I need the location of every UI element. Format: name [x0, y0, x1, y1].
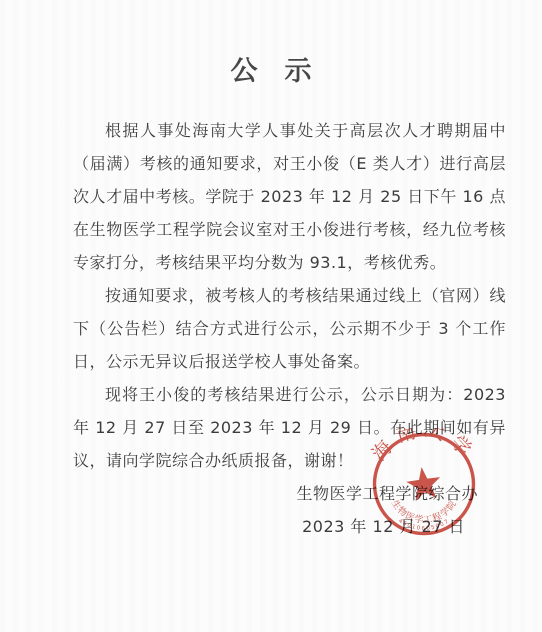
- announcement-page: 公 示 根据人事处海南大学人事处关于高层次人才聘期届中（届满）考核的通知要求，对…: [0, 0, 542, 632]
- body-paragraph: 根据人事处海南大学人事处关于高层次人才聘期届中（届满）考核的通知要求，对王小俊（…: [73, 114, 506, 279]
- announcement-body: 根据人事处海南大学人事处关于高层次人才聘期届中（届满）考核的通知要求，对王小俊（…: [0, 90, 542, 477]
- official-seal: 海南大学 生物医学工程学院 46010605007: [368, 428, 480, 540]
- page-title: 公 示: [0, 0, 542, 90]
- body-paragraph: 按通知要求，被考核人的考核结果通过线上（官网）线下（公告栏）结合方式进行公示，公…: [73, 279, 506, 378]
- seal-star-icon: [405, 465, 443, 502]
